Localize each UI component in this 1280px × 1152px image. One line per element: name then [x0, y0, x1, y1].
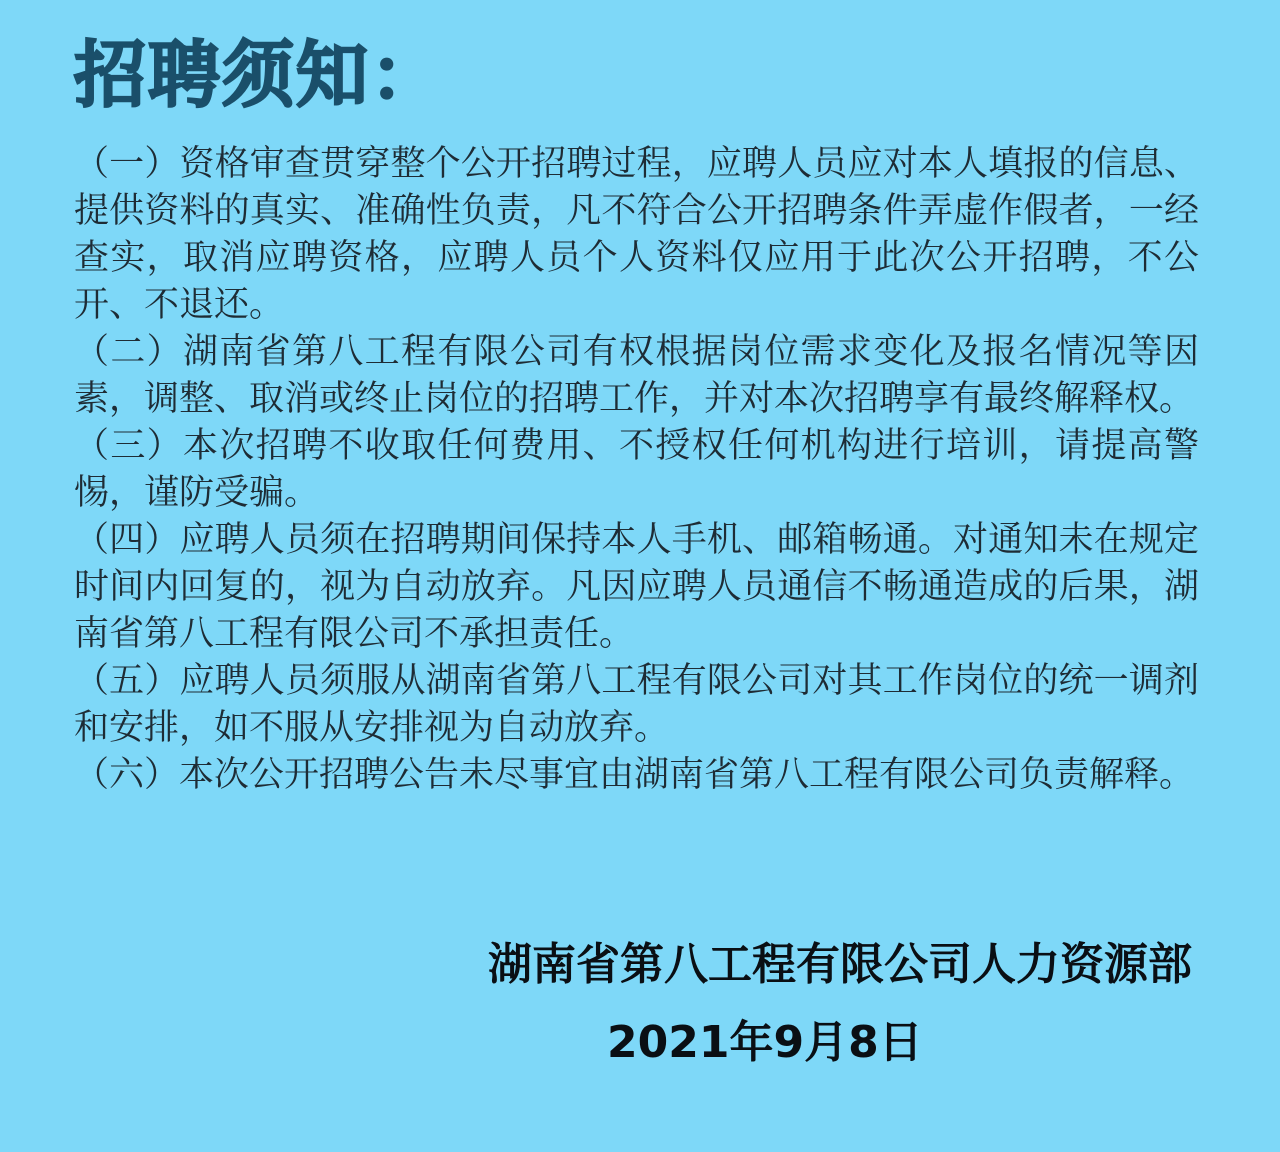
notice-item-2: （二）湖南省第八工程有限公司有权根据岗位需求变化及报名情况等因素，调整、取消或终… — [74, 329, 1199, 423]
notice-item-3: （三）本次招聘不收取任何费用、不授权任何机构进行培训，请提高警惕，谨防受骗。 — [74, 423, 1199, 517]
notice-body: （一）资格审查贯穿整个公开招聘过程，应聘人员应对本人填报的信息、提供资料的真实、… — [74, 141, 1199, 799]
signature-organization: 湖南省第八工程有限公司人力资源部 — [488, 935, 1192, 995]
notice-item-1: （一）资格审查贯穿整个公开招聘过程，应聘人员应对本人填报的信息、提供资料的真实、… — [74, 141, 1199, 329]
signature-date: 2021年9月8日 — [607, 1013, 923, 1073]
page-title: 招聘须知： — [74, 30, 444, 120]
notice-item-6: （六）本次公开招聘公告未尽事宜由湖南省第八工程有限公司负责解释。 — [74, 752, 1199, 799]
notice-item-4: （四）应聘人员须在招聘期间保持本人手机、邮箱畅通。对通知未在规定时间内回复的，视… — [74, 517, 1199, 658]
notice-item-5: （五）应聘人员须服从湖南省第八工程有限公司对其工作岗位的统一调剂和安排，如不服从… — [74, 658, 1199, 752]
